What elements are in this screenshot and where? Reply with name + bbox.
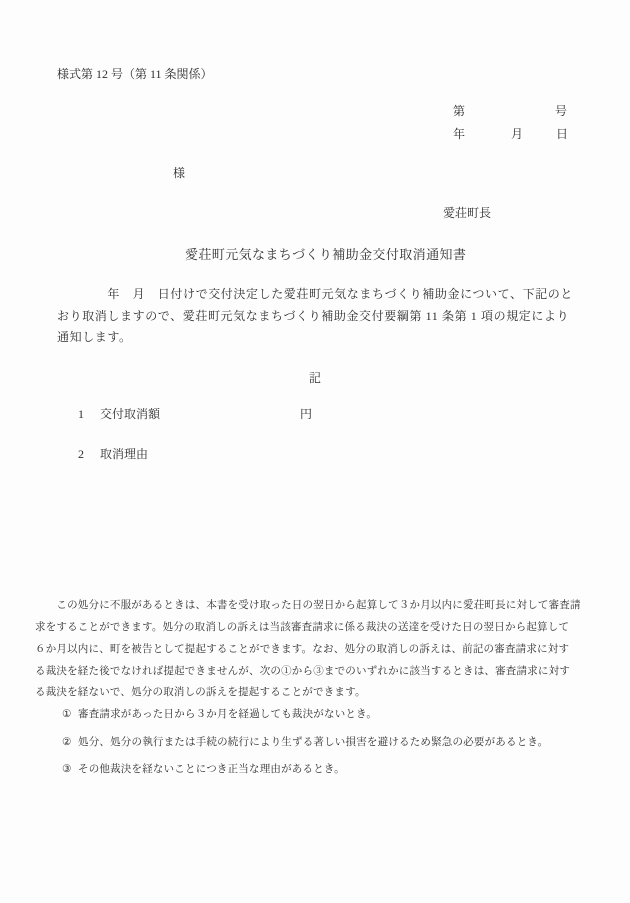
item-1-label: 交付取消額: [100, 407, 160, 422]
body-paragraph-line: 年 月 日付けで交付決定した愛荘町元気なまちづくり補助金について、下記のと: [57, 287, 573, 302]
appeal-item-2-text: 処分、処分の執行または手続の続行により生ずる著しい損害を避けるため緊急の必要があ…: [78, 736, 548, 749]
appeal-item-1-number: ①: [62, 708, 71, 721]
body-paragraph-line: おり取消しますので、愛荘町元気なまちづくり補助金交付要綱第 11 条第 1 項の…: [57, 309, 569, 324]
document-number-suffix: 号: [555, 104, 567, 119]
appeal-item-3-number: ③: [62, 763, 71, 776]
notice-document-page: 様式第 12 号（第 11 条関係） 第 号 年 月 日 様 愛荘町長 愛荘町元…: [0, 0, 630, 903]
date-month-label: 月: [511, 127, 523, 142]
document-number-prefix: 第: [453, 104, 465, 119]
item-2-label: 取消理由: [100, 447, 148, 462]
item-1-unit: 円: [300, 407, 312, 422]
recipient-honorific: 様: [173, 166, 185, 181]
notice-paragraph-line: 求をすることができます。処分の取消しの訴えは当該審査請求に係る裁決の送達を受けた…: [35, 621, 569, 634]
item-2-number: 2: [78, 447, 84, 462]
date-year-label: 年: [453, 127, 465, 142]
notice-paragraph-line: この処分に不服があるときは、本書を受け取った日の翌日から起算して３か月以内に愛荘…: [35, 599, 581, 612]
item-1-number: 1: [78, 407, 84, 422]
notice-paragraph-line: ６か月以内に、町を被告として提起することができます。なお、処分の取消しの訴えは、…: [35, 643, 569, 656]
form-number: 様式第 12 号（第 11 条関係）: [57, 67, 213, 82]
record-marker: 記: [0, 371, 630, 386]
notice-paragraph-line: る裁決を経た後でなければ提起できませんが、次の①から③までのいずれかに該当すると…: [35, 665, 570, 678]
notice-paragraph-line: る裁決を経ないで、処分の取消しの訴えを提起することができます。: [35, 686, 366, 699]
appeal-item-2-number: ②: [62, 736, 71, 749]
body-paragraph-line: 通知します。: [57, 330, 132, 345]
appeal-item-1-text: 審査請求があった日から３か月を経過しても裁決がないとき。: [78, 708, 377, 721]
appeal-item-3-text: その他裁決を経ないことにつき正当な理由があるとき。: [78, 763, 345, 776]
date-day-label: 日: [556, 127, 568, 142]
sender-name: 愛荘町長: [443, 206, 491, 221]
document-title: 愛荘町元気なまちづくり補助金交付取消通知書: [185, 247, 466, 263]
